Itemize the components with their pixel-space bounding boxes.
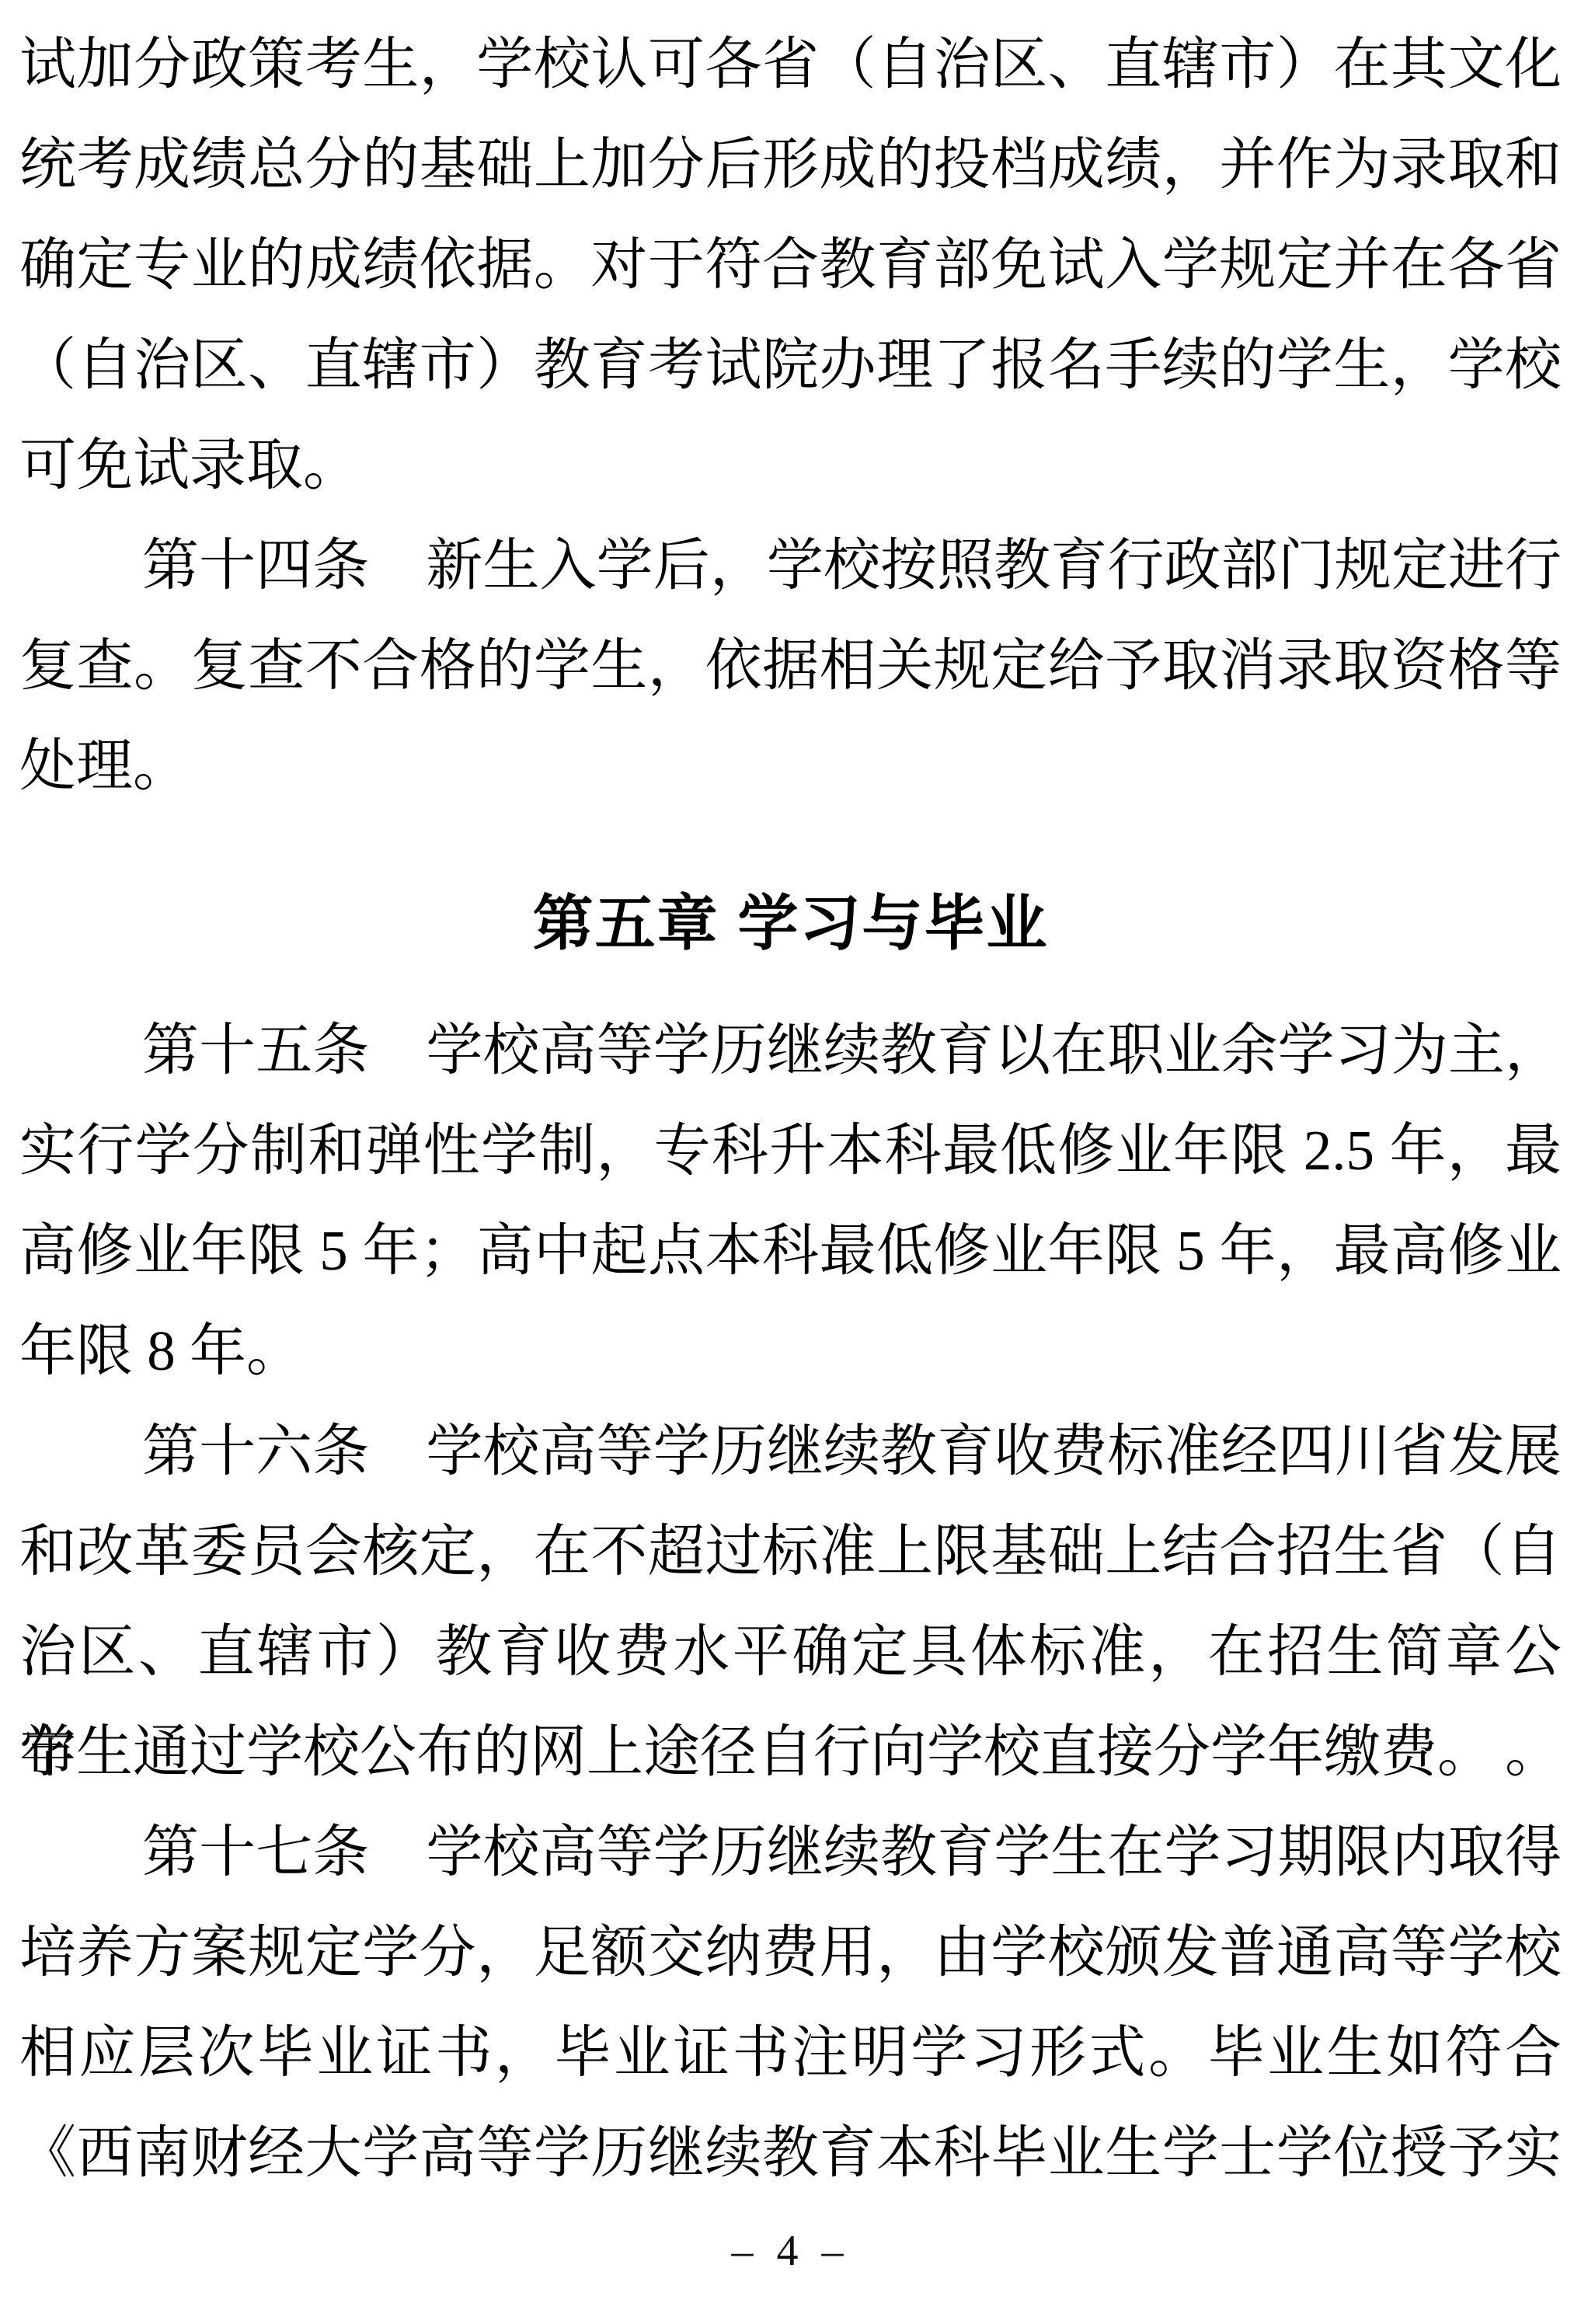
text-line: 统考成绩总分的基础上加分后形成的投档成绩，并作为录取和 [19,114,1562,214]
text-line: 第十四条 新生入学后，学校按照教育行政部门规定进行 [19,515,1562,615]
text-line: 年限 8 年。 [19,1301,1562,1401]
text-line: 第十五条 学校高等学历继续教育以在职业余学习为主， [19,1000,1562,1100]
text-line: 治区、直辖市）教育收费水平确定具体标准，在招生简章公布。 [19,1601,1562,1702]
text-line: 培养方案规定学分，足额交纳费用，由学校颁发普通高等学校 [19,1902,1562,2002]
text-line: 第十七条 学校高等学历继续教育学生在学习期限内取得 [19,1802,1562,1902]
document-body: 试加分政策考生，学校认可各省（自治区、直辖市）在其文化 统考成绩总分的基础上加分… [0,0,1581,2203]
document-page: 试加分政策考生，学校认可各省（自治区、直辖市）在其文化 统考成绩总分的基础上加分… [0,0,1581,2324]
text-line: 学生通过学校公布的网上途径自行向学校直接分学年缴费。 [19,1702,1562,1802]
text-line: 处理。 [19,716,1562,816]
text-line: 可免试录取。 [19,415,1562,515]
chapter-heading: 第五章 学习与毕业 [19,873,1562,974]
text-line: 确定专业的成绩依据。对于符合教育部免试入学规定并在各省 [19,214,1562,315]
text-line: 试加分政策考生，学校认可各省（自治区、直辖市）在其文化 [19,14,1562,114]
text-line: 《西南财经大学高等学历继续教育本科毕业生学士学位授予实 [19,2103,1562,2203]
text-line: 第十六条 学校高等学历继续教育收费标准经四川省发展 [19,1401,1562,1501]
text-line: （自治区、直辖市）教育考试院办理了报名手续的学生，学校 [19,315,1562,415]
text-line: 实行学分制和弹性学制，专科升本科最低修业年限 2.5 年，最 [19,1100,1562,1200]
text-line: 和改革委员会核定，在不超过标准上限基础上结合招生省（自 [19,1501,1562,1601]
page-number: – 4 – [0,2226,1581,2276]
text-line: 相应层次毕业证书，毕业证书注明学习形式。毕业生如符合 [19,2002,1562,2103]
text-line: 高修业年限 5 年；高中起点本科最低修业年限 5 年，最高修业 [19,1200,1562,1301]
text-line: 复查。复查不合格的学生，依据相关规定给予取消录取资格等 [19,615,1562,716]
